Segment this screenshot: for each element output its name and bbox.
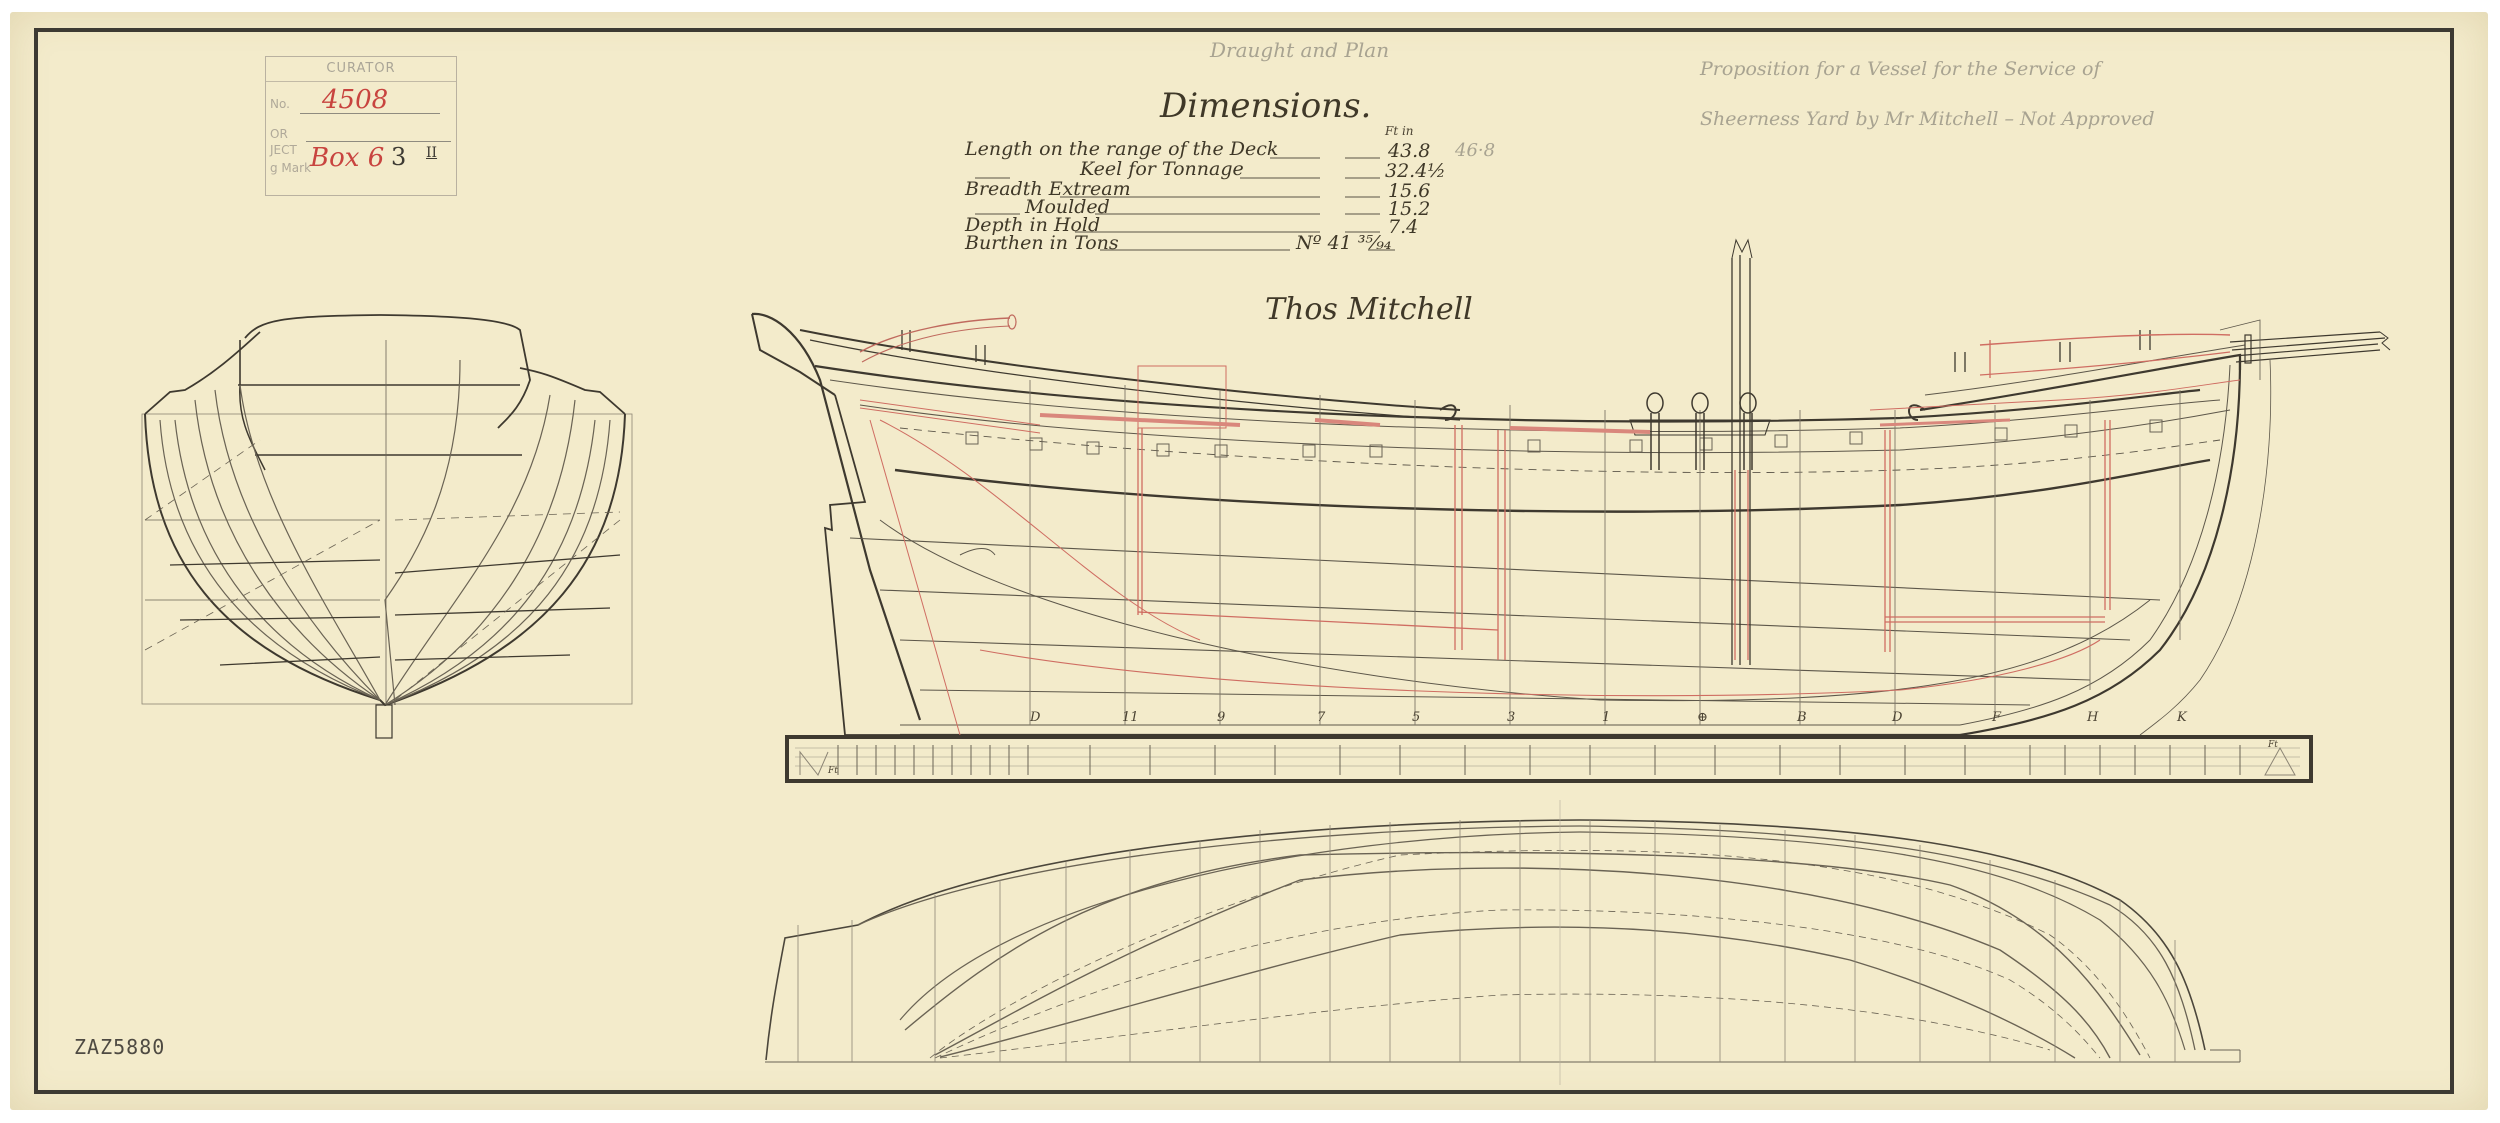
dimension-value-keel-tonnage: 32.4½: [1385, 160, 1446, 182]
dimension-label-burthen: Burthen in Tons: [965, 232, 1119, 254]
archive-reference-number: ZAZ5880: [74, 1035, 165, 1059]
stamp-rule: [306, 141, 451, 142]
stamp-side-label-1: OR: [270, 127, 288, 141]
internal-structure-red: [860, 334, 2240, 735]
scale-label-ft: Ft: [828, 766, 838, 776]
stamp-number: 4508: [322, 85, 388, 115]
draught-and-plan-note: Draught and Plan: [1210, 38, 1389, 62]
dimension-value-length-deck: 43.8: [1388, 140, 1430, 162]
stamp-side-label-3: g Mark: [270, 161, 311, 175]
stamp-no-label: No.: [270, 97, 290, 111]
station-label: 7: [1317, 710, 1325, 725]
station-label: ⊕: [1697, 710, 1708, 725]
dimension-label-length-deck: Length on the range of the Deck: [965, 138, 1278, 160]
stamp-header: CURATOR: [266, 57, 456, 82]
station-label: 1: [1602, 710, 1610, 725]
dimensions-title: Dimensions.: [1160, 86, 1371, 126]
curator-stamp: CURATOR No. 4508 OR JECT g Mark Box 6 3 …: [265, 56, 457, 196]
station-label: 11: [1122, 710, 1139, 725]
station-label: 3: [1507, 710, 1515, 725]
station-label: 5: [1412, 710, 1420, 725]
station-label: F: [1992, 710, 2001, 725]
station-label: B: [1797, 710, 1807, 725]
station-label: D: [1030, 710, 1040, 725]
sheer-profile: [752, 240, 2390, 735]
dimensions-unit-header: Ft in: [1385, 124, 1414, 138]
designer-signature: Thos Mitchell: [1265, 292, 1473, 327]
stamp-side-label-2: JECT: [270, 143, 297, 157]
proposal-note-line-1: Proposition for a Vessel for the Service…: [1700, 58, 2101, 80]
stamp-roman-numeral: II: [426, 145, 437, 161]
station-label: 9: [1217, 710, 1225, 725]
dimension-margin-note: 46·8: [1455, 140, 1495, 161]
proposal-note-line-2: Sheerness Yard by Mr Mitchell – Not Appr…: [1700, 108, 2155, 130]
stamp-box-label: Box 6: [310, 143, 384, 173]
scale-bar: [787, 737, 2311, 781]
station-label: D: [1892, 710, 1902, 725]
half-breadth-plan: [765, 800, 2240, 1085]
station-label: H: [2087, 710, 2098, 725]
dimension-label-keel-tonnage: Keel for Tonnage: [1080, 158, 1244, 180]
dimension-value-burthen: Nº 41 ³⁵⁄₉₄: [1296, 232, 1391, 254]
dimension-value-depth-hold: 7.4: [1388, 216, 1418, 238]
body-plan: [142, 315, 632, 738]
scale-label-end: Ft: [2268, 740, 2278, 750]
station-label: K: [2177, 710, 2187, 725]
stamp-box-number: 3: [391, 143, 406, 171]
